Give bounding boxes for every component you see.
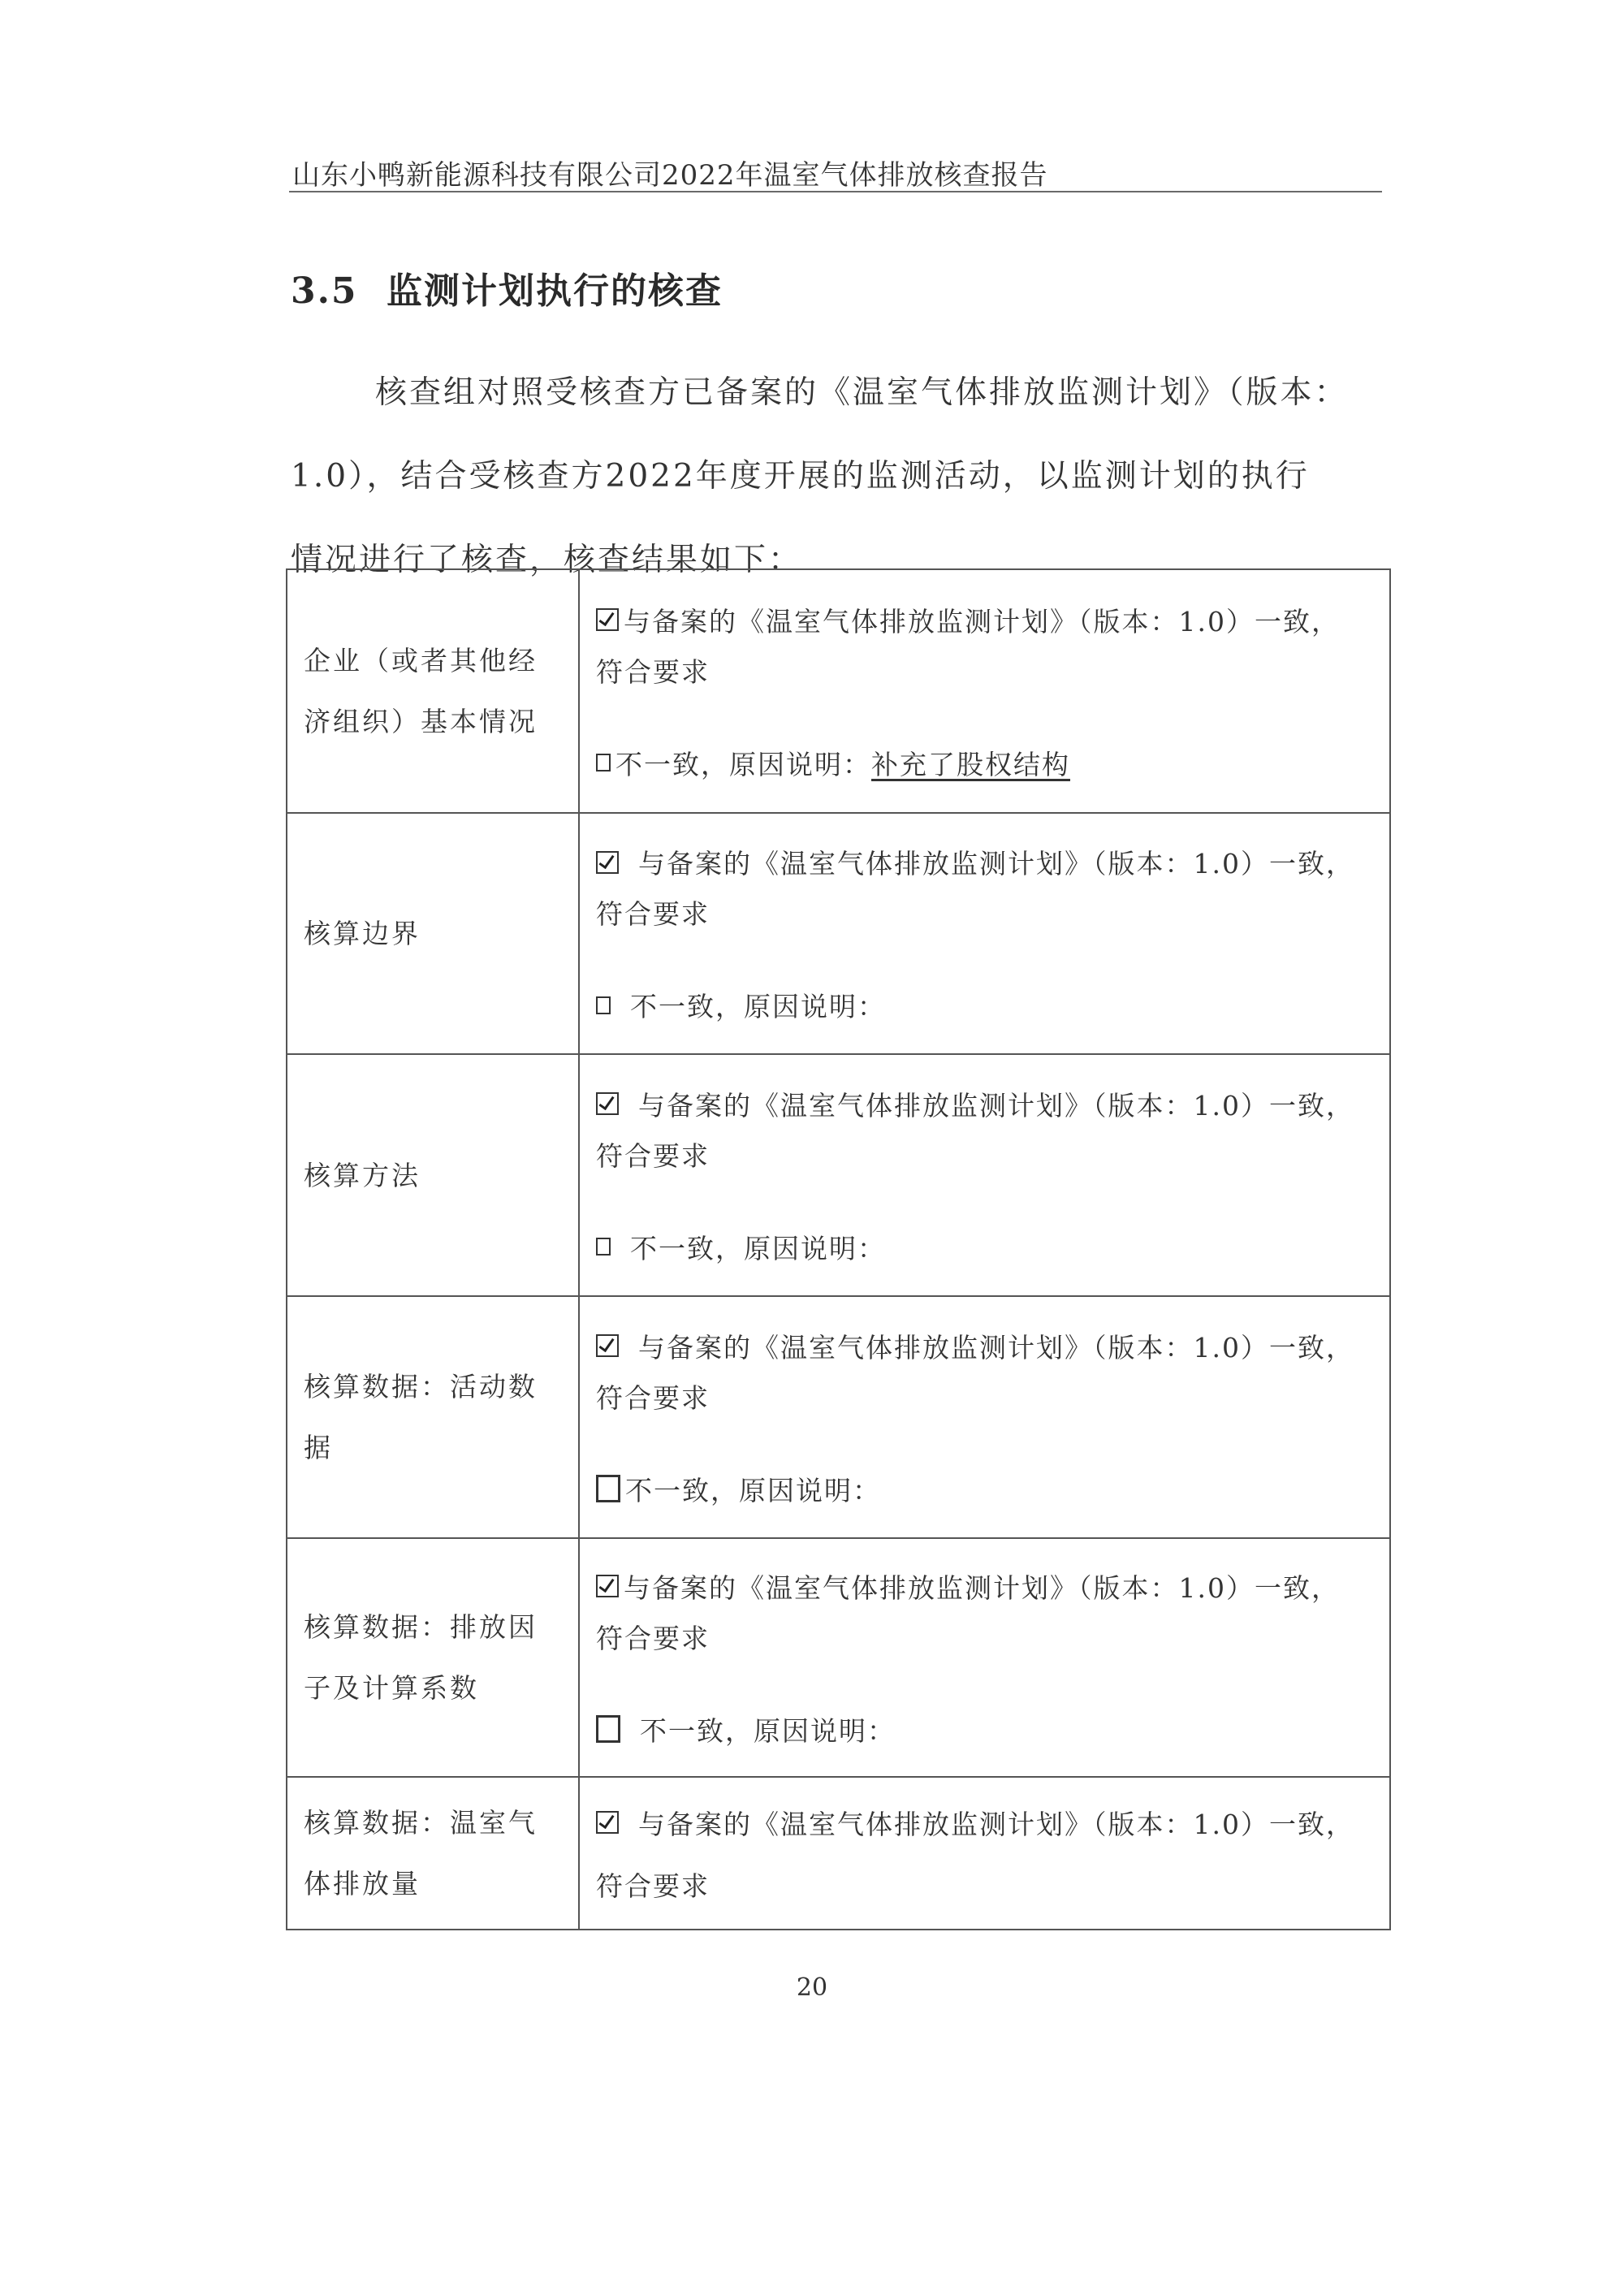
row-label-line: 核算数据：活动数 bbox=[304, 1356, 578, 1417]
row-result: 与备案的《温室气体排放监测计划》（版本：1.0）一致， 符合要求 不一致，原因说… bbox=[579, 1054, 1390, 1296]
option-consistent-cont: 符合要求 bbox=[596, 888, 1378, 938]
option-consistent-cont: 符合要求 bbox=[596, 1859, 1378, 1909]
row-label-line: 子及计算系数 bbox=[304, 1657, 578, 1718]
option-label: 与备案的《温室气体排放监测计划》（版本：1.0）一致， bbox=[638, 1327, 1354, 1365]
option-label: 不一致，原因说明： bbox=[630, 1228, 886, 1266]
section-number: 3.5 bbox=[291, 270, 387, 312]
checked-checkbox-icon[interactable] bbox=[596, 1811, 619, 1834]
header-rule bbox=[289, 191, 1382, 192]
checked-checkbox-icon[interactable] bbox=[596, 851, 619, 874]
option-consistent[interactable]: 与备案的《温室气体排放监测计划》（版本：1.0）一致， bbox=[596, 1320, 1378, 1371]
option-label: 符合要求 bbox=[596, 651, 710, 689]
unchecked-checkbox-icon[interactable] bbox=[596, 1475, 620, 1502]
intro-line: 1.0），结合受核查方2022年度开展的监测活动，以监测计划的执行 bbox=[291, 434, 1379, 518]
option-consistent[interactable]: 与备案的《温室气体排放监测计划》（版本：1.0）一致， bbox=[596, 1561, 1378, 1611]
row-result: 与备案的《温室气体排放监测计划》（版本：1.0）一致， 符合要求 不一致，原因说… bbox=[579, 1296, 1390, 1538]
option-consistent[interactable]: 与备案的《温室气体排放监测计划》（版本：1.0）一致， bbox=[596, 594, 1378, 645]
checked-checkbox-icon[interactable] bbox=[596, 1575, 619, 1597]
row-label: 核算方法 bbox=[287, 1054, 579, 1296]
option-label: 符合要求 bbox=[596, 1377, 710, 1415]
option-consistent[interactable]: 与备案的《温室气体排放监测计划》（版本：1.0）一致， bbox=[596, 1797, 1378, 1848]
option-label: 与备案的《温室气体排放监测计划》（版本：1.0）一致， bbox=[624, 1567, 1340, 1606]
option-label: 与备案的《温室气体排放监测计划》（版本：1.0）一致， bbox=[638, 843, 1354, 881]
row-label: 核算数据：温室气 体排放量 bbox=[287, 1777, 579, 1930]
option-inconsistent[interactable]: 不一致，原因说明： bbox=[596, 1463, 1378, 1514]
option-inconsistent[interactable]: 不一致，原因说明： bbox=[596, 1704, 1378, 1754]
checked-checkbox-icon[interactable] bbox=[596, 608, 619, 631]
option-label: 符合要求 bbox=[596, 1865, 710, 1904]
section-title: 监测计划执行的核查 bbox=[387, 270, 723, 312]
row-label: 核算数据：排放因 子及计算系数 bbox=[287, 1538, 579, 1777]
unchecked-checkbox-icon[interactable] bbox=[596, 996, 611, 1014]
option-consistent-cont: 符合要求 bbox=[596, 1129, 1378, 1179]
checked-checkbox-icon[interactable] bbox=[596, 1334, 619, 1357]
option-inconsistent[interactable]: 不一致，原因说明： bbox=[596, 1221, 1378, 1272]
option-consistent-cont: 符合要求 bbox=[596, 1611, 1378, 1662]
table-row: 企业（或者其他经 济组织）基本情况 与备案的《温室气体排放监测计划》（版本：1.… bbox=[287, 569, 1390, 813]
row-label: 核算边界 bbox=[287, 813, 579, 1054]
option-label: 符合要求 bbox=[596, 1618, 710, 1656]
option-label: 与备案的《温室气体排放监测计划》（版本：1.0）一致， bbox=[638, 1804, 1354, 1842]
option-consistent-cont: 符合要求 bbox=[596, 645, 1378, 695]
table-row: 核算数据：温室气 体排放量 与备案的《温室气体排放监测计划》（版本：1.0）一致… bbox=[287, 1777, 1390, 1930]
checked-checkbox-icon[interactable] bbox=[596, 1092, 619, 1115]
section-heading: 3.5监测计划执行的核查 bbox=[291, 261, 723, 313]
row-result: 与备案的《温室气体排放监测计划》（版本：1.0）一致， 符合要求 bbox=[579, 1777, 1390, 1930]
row-label: 核算数据：活动数 据 bbox=[287, 1296, 579, 1538]
row-result: 与备案的《温室气体排放监测计划》（版本：1.0）一致， 符合要求 不一致，原因说… bbox=[579, 1538, 1390, 1777]
unchecked-checkbox-icon[interactable] bbox=[596, 754, 611, 771]
row-label-line: 核算数据：排放因 bbox=[304, 1597, 578, 1657]
option-label: 不一致，原因说明： bbox=[615, 744, 871, 782]
table-row: 核算方法 与备案的《温室气体排放监测计划》（版本：1.0）一致， 符合要求 不一… bbox=[287, 1054, 1390, 1296]
option-inconsistent[interactable]: 不一致，原因说明： bbox=[596, 980, 1378, 1031]
row-label-line: 企业（或者其他经 bbox=[304, 630, 578, 691]
option-label: 与备案的《温室气体排放监测计划》（版本：1.0）一致， bbox=[638, 1085, 1354, 1123]
row-label-line: 核算方法 bbox=[304, 1145, 578, 1206]
option-label: 不一致，原因说明： bbox=[625, 1470, 881, 1508]
option-inconsistent[interactable]: 不一致，原因说明： 补充了股权结构 bbox=[596, 737, 1378, 788]
row-label-line: 体排放量 bbox=[304, 1853, 578, 1914]
option-label: 不一致，原因说明： bbox=[640, 1710, 896, 1748]
row-result: 与备案的《温室气体排放监测计划》（版本：1.0）一致， 符合要求 不一致，原因说… bbox=[579, 569, 1390, 813]
unchecked-checkbox-icon[interactable] bbox=[596, 1715, 620, 1743]
monitoring-plan-check-table: 企业（或者其他经 济组织）基本情况 与备案的《温室气体排放监测计划》（版本：1.… bbox=[286, 568, 1391, 1930]
table-row: 核算数据：活动数 据 与备案的《温室气体排放监测计划》（版本：1.0）一致， 符… bbox=[287, 1296, 1390, 1538]
page-number: 20 bbox=[0, 1973, 1624, 2002]
row-label-line: 核算数据：温室气 bbox=[304, 1792, 578, 1853]
table-row: 核算边界 与备案的《温室气体排放监测计划》（版本：1.0）一致， 符合要求 不一… bbox=[287, 813, 1390, 1054]
table-row: 核算数据：排放因 子及计算系数 与备案的《温室气体排放监测计划》（版本：1.0）… bbox=[287, 1538, 1390, 1777]
row-label: 企业（或者其他经 济组织）基本情况 bbox=[287, 569, 579, 813]
option-consistent[interactable]: 与备案的《温室气体排放监测计划》（版本：1.0）一致， bbox=[596, 837, 1378, 888]
option-label: 符合要求 bbox=[596, 893, 710, 931]
option-consistent[interactable]: 与备案的《温室气体排放监测计划》（版本：1.0）一致， bbox=[596, 1078, 1378, 1129]
row-label-line: 核算边界 bbox=[304, 903, 578, 964]
intro-paragraph: 核查组对照受核查方已备案的《温室气体排放监测计划》（版本： 1.0），结合受核查… bbox=[291, 351, 1379, 602]
option-label: 与备案的《温室气体排放监测计划》（版本：1.0）一致， bbox=[624, 601, 1340, 639]
row-label-line: 据 bbox=[304, 1417, 578, 1478]
option-label: 不一致，原因说明： bbox=[630, 986, 886, 1024]
row-result: 与备案的《温室气体排放监测计划》（版本：1.0）一致， 符合要求 不一致，原因说… bbox=[579, 813, 1390, 1054]
row-label-line: 济组织）基本情况 bbox=[304, 691, 578, 752]
document-page: 山东小鸭新能源科技有限公司2022年温室气体排放核查报告 3.5监测计划执行的核… bbox=[0, 0, 1624, 2295]
option-label: 符合要求 bbox=[596, 1135, 710, 1173]
unchecked-checkbox-icon[interactable] bbox=[596, 1238, 611, 1256]
running-header: 山东小鸭新能源科技有限公司2022年温室气体排放核查报告 bbox=[292, 153, 1048, 192]
intro-line: 核查组对照受核查方已备案的《温室气体排放监测计划》（版本： bbox=[291, 351, 1379, 434]
reason-text: 补充了股权结构 bbox=[871, 744, 1070, 782]
option-consistent-cont: 符合要求 bbox=[596, 1371, 1378, 1421]
